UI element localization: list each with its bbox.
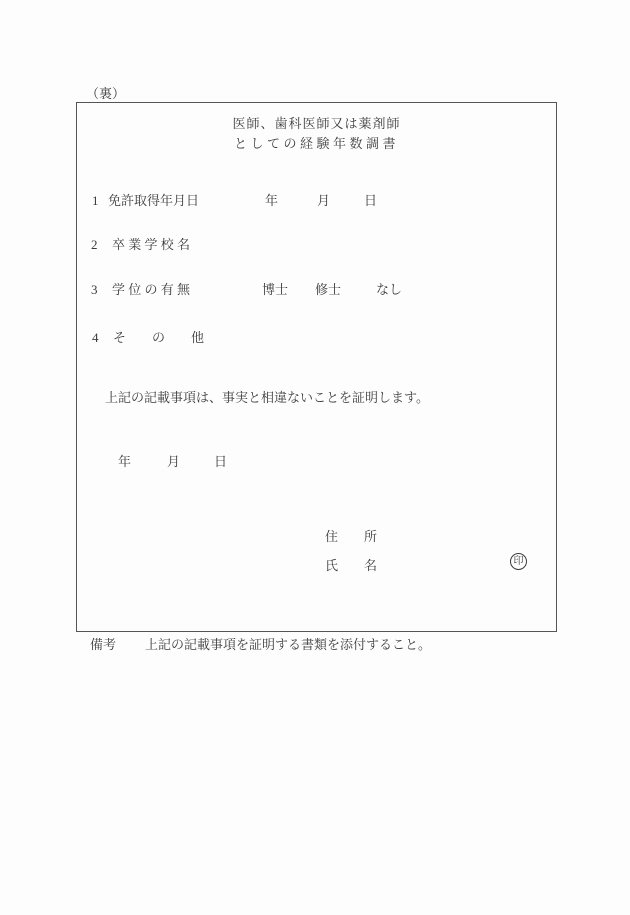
date-year-label: 年 xyxy=(118,454,131,470)
date-day-label: 日 xyxy=(214,454,227,470)
seal-mark-icon: 印 xyxy=(510,553,527,570)
address-label: 住 所 xyxy=(325,529,377,545)
license-year-label: 年 xyxy=(265,193,278,209)
document-page: （裏） 医師、歯科医師又は薬剤師 としての経験年数調書 1 免許取得年月日 年 … xyxy=(0,0,630,915)
item-number: 1 xyxy=(92,193,99,209)
item-graduation-school: 2 卒 業 学 校 名 xyxy=(77,237,556,253)
certification-statement: 上記の記載事項は、事実と相違ないことを証明します。 xyxy=(105,390,429,406)
remarks-note: 備考 上記の記載事項を証明する書類を添付すること。 xyxy=(0,637,630,653)
form-title-line2: としての経験年数調書 xyxy=(77,136,556,152)
license-day-label: 日 xyxy=(364,193,377,209)
item-label: 学 位 の 有 無 xyxy=(112,282,190,298)
address-line: 住 所 xyxy=(77,529,556,545)
item-label: そ の 他 xyxy=(113,330,204,346)
degree-option-doctorate: 博士 xyxy=(262,282,288,298)
item-label: 卒 業 学 校 名 xyxy=(112,237,190,253)
license-month-label: 月 xyxy=(317,193,330,209)
degree-option-none: なし xyxy=(376,282,402,298)
name-line: 氏 名 xyxy=(77,558,556,574)
name-label: 氏 名 xyxy=(325,558,377,574)
item-degree-status: 3 学 位 の 有 無 博士 修士 なし xyxy=(77,282,556,298)
form-title-line1: 医師、歯科医師又は薬剤師 xyxy=(77,116,556,132)
item-other: 4 そ の 他 xyxy=(77,330,556,346)
page-side-label: （裏） xyxy=(86,86,125,102)
item-number: 3 xyxy=(91,282,98,298)
item-label: 免許取得年月日 xyxy=(108,193,199,209)
form-title: 医師、歯科医師又は薬剤師 としての経験年数調書 xyxy=(77,116,556,152)
remarks-text: 上記の記載事項を証明する書類を添付すること。 xyxy=(145,637,431,653)
certification-statement-row: 上記の記載事項は、事実と相違ないことを証明します。 xyxy=(77,390,556,406)
item-license-acquisition-date: 1 免許取得年月日 年 月 日 xyxy=(77,193,556,209)
experience-form-box: 医師、歯科医師又は薬剤師 としての経験年数調書 1 免許取得年月日 年 月 日 … xyxy=(76,102,557,632)
date-month-label: 月 xyxy=(167,454,180,470)
item-number: 2 xyxy=(91,237,98,253)
remarks-label: 備考 xyxy=(90,637,116,653)
degree-option-masters: 修士 xyxy=(315,282,341,298)
item-number: 4 xyxy=(92,330,99,346)
date-line: 年 月 日 xyxy=(77,454,556,470)
